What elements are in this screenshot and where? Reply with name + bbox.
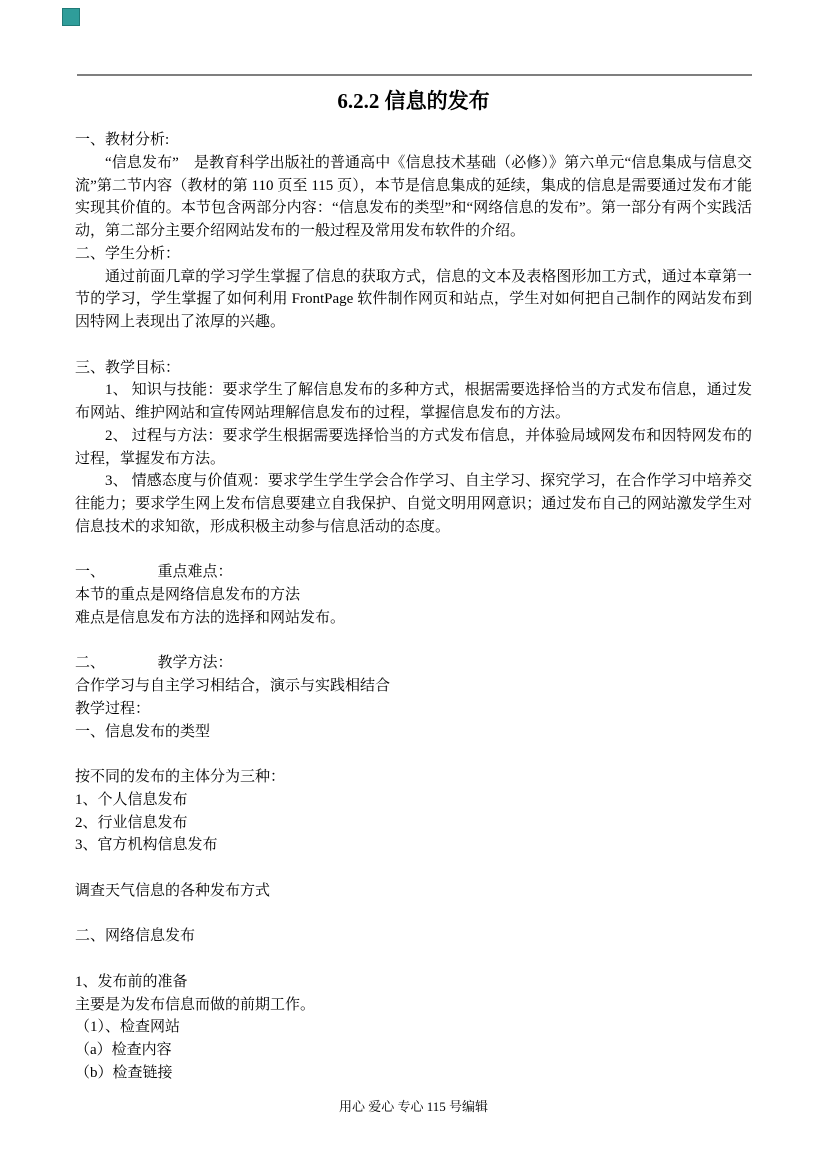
paragraph: （b）检查链接 bbox=[75, 1062, 752, 1085]
document-body: 6.2.2 信息的发布 一、教材分析:“信息发布” 是教育科学出版社的普通高中《… bbox=[75, 86, 752, 1085]
paragraph: 三、教学目标： bbox=[75, 357, 752, 380]
blank-line bbox=[75, 743, 752, 766]
paragraph: （a）检查内容 bbox=[75, 1039, 752, 1062]
document-page: 6.2.2 信息的发布 一、教材分析:“信息发布” 是教育科学出版社的普通高中《… bbox=[0, 0, 827, 1170]
paragraph-container: 一、教材分析:“信息发布” 是教育科学出版社的普通高中《信息技术基础（必修）》第… bbox=[75, 129, 752, 1085]
paragraph: 1、个人信息发布 bbox=[75, 789, 752, 812]
paragraph: 2、行业信息发布 bbox=[75, 812, 752, 835]
paragraph: 难点是信息发布方法的选择和网站发布。 bbox=[75, 607, 752, 630]
paragraph: 按不同的发布的主体分为三种： bbox=[75, 766, 752, 789]
paragraph: 通过前面几章的学习学生掌握了信息的获取方式，信息的文本及表格图形加工方式，通过本… bbox=[75, 266, 752, 334]
paragraph: 调查天气信息的各种发布方式 bbox=[75, 880, 752, 903]
paragraph: 本节的重点是网络信息发布的方法 bbox=[75, 584, 752, 607]
paragraph: 3、官方机构信息发布 bbox=[75, 834, 752, 857]
paragraph: 一、 重点难点： bbox=[75, 561, 752, 584]
paragraph: 3、 情感态度与价值观：要求学生学生学会合作学习、自主学习、探究学习，在合作学习… bbox=[75, 470, 752, 538]
blank-line bbox=[75, 903, 752, 926]
blank-line bbox=[75, 539, 752, 562]
paragraph: 一、教材分析: bbox=[75, 129, 752, 152]
blank-line bbox=[75, 334, 752, 357]
page-title: 6.2.2 信息的发布 bbox=[75, 86, 752, 116]
page-footer: 用心 爱心 专心 115 号编辑 bbox=[0, 1097, 827, 1117]
blank-line bbox=[75, 630, 752, 653]
paragraph: 二、网络信息发布 bbox=[75, 925, 752, 948]
image-placeholder-icon bbox=[62, 8, 80, 26]
paragraph: （1）、检查网站 bbox=[75, 1016, 752, 1039]
blank-line bbox=[75, 948, 752, 971]
paragraph: 主要是为发布信息而做的前期工作。 bbox=[75, 994, 752, 1017]
paragraph: “信息发布” 是教育科学出版社的普通高中《信息技术基础（必修）》第六单元“信息集… bbox=[75, 152, 752, 243]
paragraph: 合作学习与自主学习相结合，演示与实践相结合 bbox=[75, 675, 752, 698]
blank-line bbox=[75, 857, 752, 880]
paragraph: 一、信息发布的类型 bbox=[75, 721, 752, 744]
paragraph: 二、 教学方法： bbox=[75, 652, 752, 675]
paragraph: 教学过程： bbox=[75, 698, 752, 721]
paragraph: 1、发布前的准备 bbox=[75, 971, 752, 994]
paragraph: 2、 过程与方法：要求学生根据需要选择恰当的方式发布信息，并体验局域网发布和因特… bbox=[75, 425, 752, 471]
paragraph: 1、 知识与技能：要求学生了解信息发布的多种方式，根据需要选择恰当的方式发布信息… bbox=[75, 379, 752, 425]
header-divider bbox=[77, 74, 752, 76]
paragraph: 二、学生分析： bbox=[75, 243, 752, 266]
